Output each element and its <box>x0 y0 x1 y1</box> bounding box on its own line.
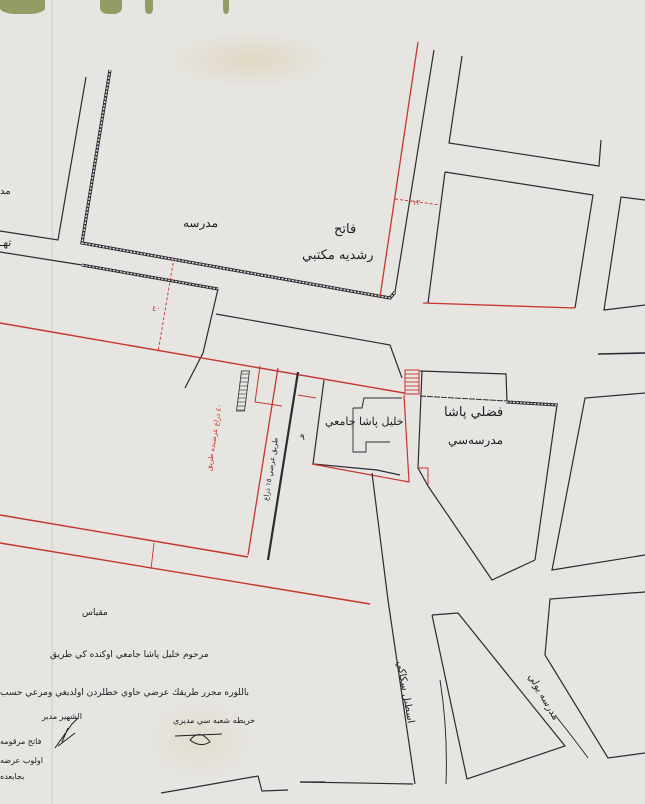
legend-line-3: باللوره محرر طريقك عرضي حاوي خطلردن اولد… <box>0 688 249 698</box>
signature-left <box>55 718 78 748</box>
street-name-curve <box>440 680 446 784</box>
side-note-2: اولوب عرضه <box>0 756 43 765</box>
street-name-curve <box>555 715 588 758</box>
halil-pasha-mosque-parcel <box>237 366 409 560</box>
label-madrasa-right: مدرسه‌سي <box>448 433 503 447</box>
label-edge-left-top: مد <box>0 186 11 197</box>
side-note-3: بجابعده <box>0 772 24 781</box>
label-halil-pasha-mosque: خليل پاشا جامعي <box>325 415 404 428</box>
dimension-right: ١٢ <box>412 198 421 207</box>
side-note-1: فاتح مرقومه <box>0 737 41 746</box>
label-madrasa-left: مدرسه <box>183 216 218 230</box>
blocks-south <box>0 473 565 793</box>
label-rushdiye: رشديه مكتبي <box>302 248 374 263</box>
dimension-middle: ٩ <box>300 433 305 443</box>
legend-line-2: مرحوم خليل پاشا جامعي اوكنده كي طريق <box>50 650 209 660</box>
madrasa-fatih-block <box>82 42 440 298</box>
block-south-of-madrasa <box>82 258 402 388</box>
label-fatih: فاتح <box>334 222 356 237</box>
block-left-edge <box>0 77 86 265</box>
signature-right <box>175 734 222 745</box>
signature-right-title: خريطه شعبه سي مديري <box>173 716 255 725</box>
legend-line-1: مقياس <box>82 608 108 618</box>
stair-box <box>405 370 419 394</box>
dimension-top: ٤٠ <box>152 304 161 313</box>
label-edge-left-street: تهـ <box>0 236 11 249</box>
signature-left-title: الشهير مدير <box>42 712 82 721</box>
label-fazli-pasha: فضلي پاشا <box>444 405 503 420</box>
cadastral-map: مدرسه فاتح رشديه مكتبي مد تهـ خليل پاشا … <box>0 0 645 804</box>
map-drawing <box>0 0 645 804</box>
fazli-pasha-madrasa-block <box>418 371 558 580</box>
